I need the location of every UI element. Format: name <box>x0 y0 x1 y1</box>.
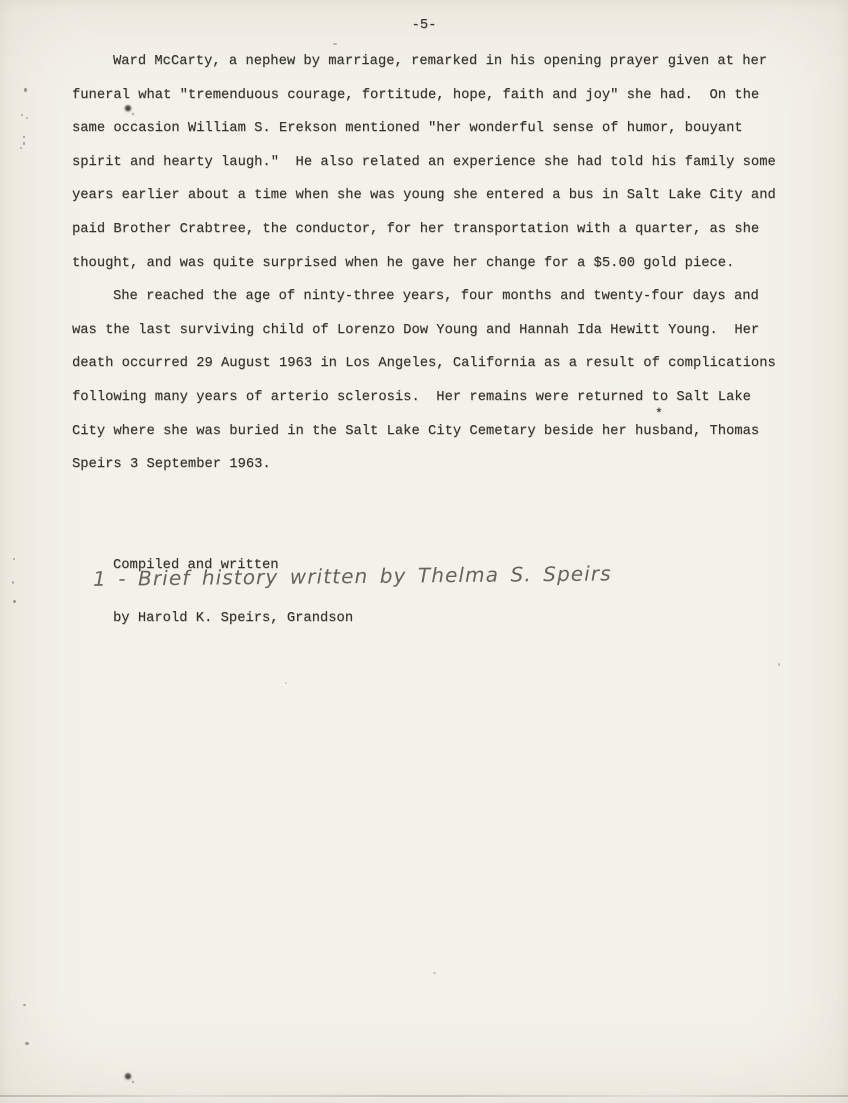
ink-speck <box>12 581 14 584</box>
ink-speck <box>26 117 28 119</box>
paper-bottom-strip <box>0 1097 848 1103</box>
page-number: -5- <box>0 18 848 33</box>
ink-smudge <box>122 1071 134 1085</box>
ink-speck <box>778 663 780 666</box>
ink-speck <box>433 972 436 974</box>
typed-body-text: Ward McCarty, a nephew by marriage, rema… <box>72 45 798 482</box>
ink-speck <box>24 88 27 92</box>
attribution-line: by Harold K. Speirs, Grandson <box>113 610 353 628</box>
ink-speck <box>25 1042 29 1045</box>
attribution-block: Compiled and written by Harold K. Speirs… <box>113 522 353 663</box>
typed-line: same occasion William S. Erekson mention… <box>72 112 798 146</box>
ink-speck <box>21 114 23 116</box>
handwritten-note: 1 - Brief history written by Thelma S. S… <box>93 561 633 591</box>
ink-speck <box>285 682 287 684</box>
ink-smudge <box>122 103 134 117</box>
ink-speck <box>23 1004 26 1006</box>
ink-speck <box>23 136 25 138</box>
typed-line: Speirs 3 September 1963. <box>72 448 798 482</box>
typed-line: Ward McCarty, a nephew by marriage, rema… <box>72 45 798 79</box>
typed-line: was the last surviving child of Lorenzo … <box>72 314 798 348</box>
ink-speck <box>13 600 16 603</box>
ink-speck <box>20 147 22 149</box>
ink-speck <box>333 43 337 45</box>
typed-line: years earlier about a time when she was … <box>72 179 798 213</box>
typed-line: She reached the age of ninty-three years… <box>72 280 798 314</box>
scanned-document-page: -5- Ward McCarty, a nephew by marriage, … <box>0 0 848 1103</box>
typed-line: following many years of arterio sclerosi… <box>72 381 798 415</box>
typed-asterisk-mark: * <box>655 406 663 421</box>
typed-line: City where she was buried in the Salt La… <box>72 415 798 449</box>
typed-line: thought, and was quite surprised when he… <box>72 247 798 281</box>
ink-speck <box>23 142 25 145</box>
typed-line: funeral what "tremenduous courage, forti… <box>72 79 798 113</box>
ink-speck <box>13 558 15 560</box>
typed-line: spirit and hearty laugh." He also relate… <box>72 146 798 180</box>
typed-line: death occurred 29 August 1963 in Los Ang… <box>72 347 798 381</box>
typed-line: paid Brother Crabtree, the conductor, fo… <box>72 213 798 247</box>
